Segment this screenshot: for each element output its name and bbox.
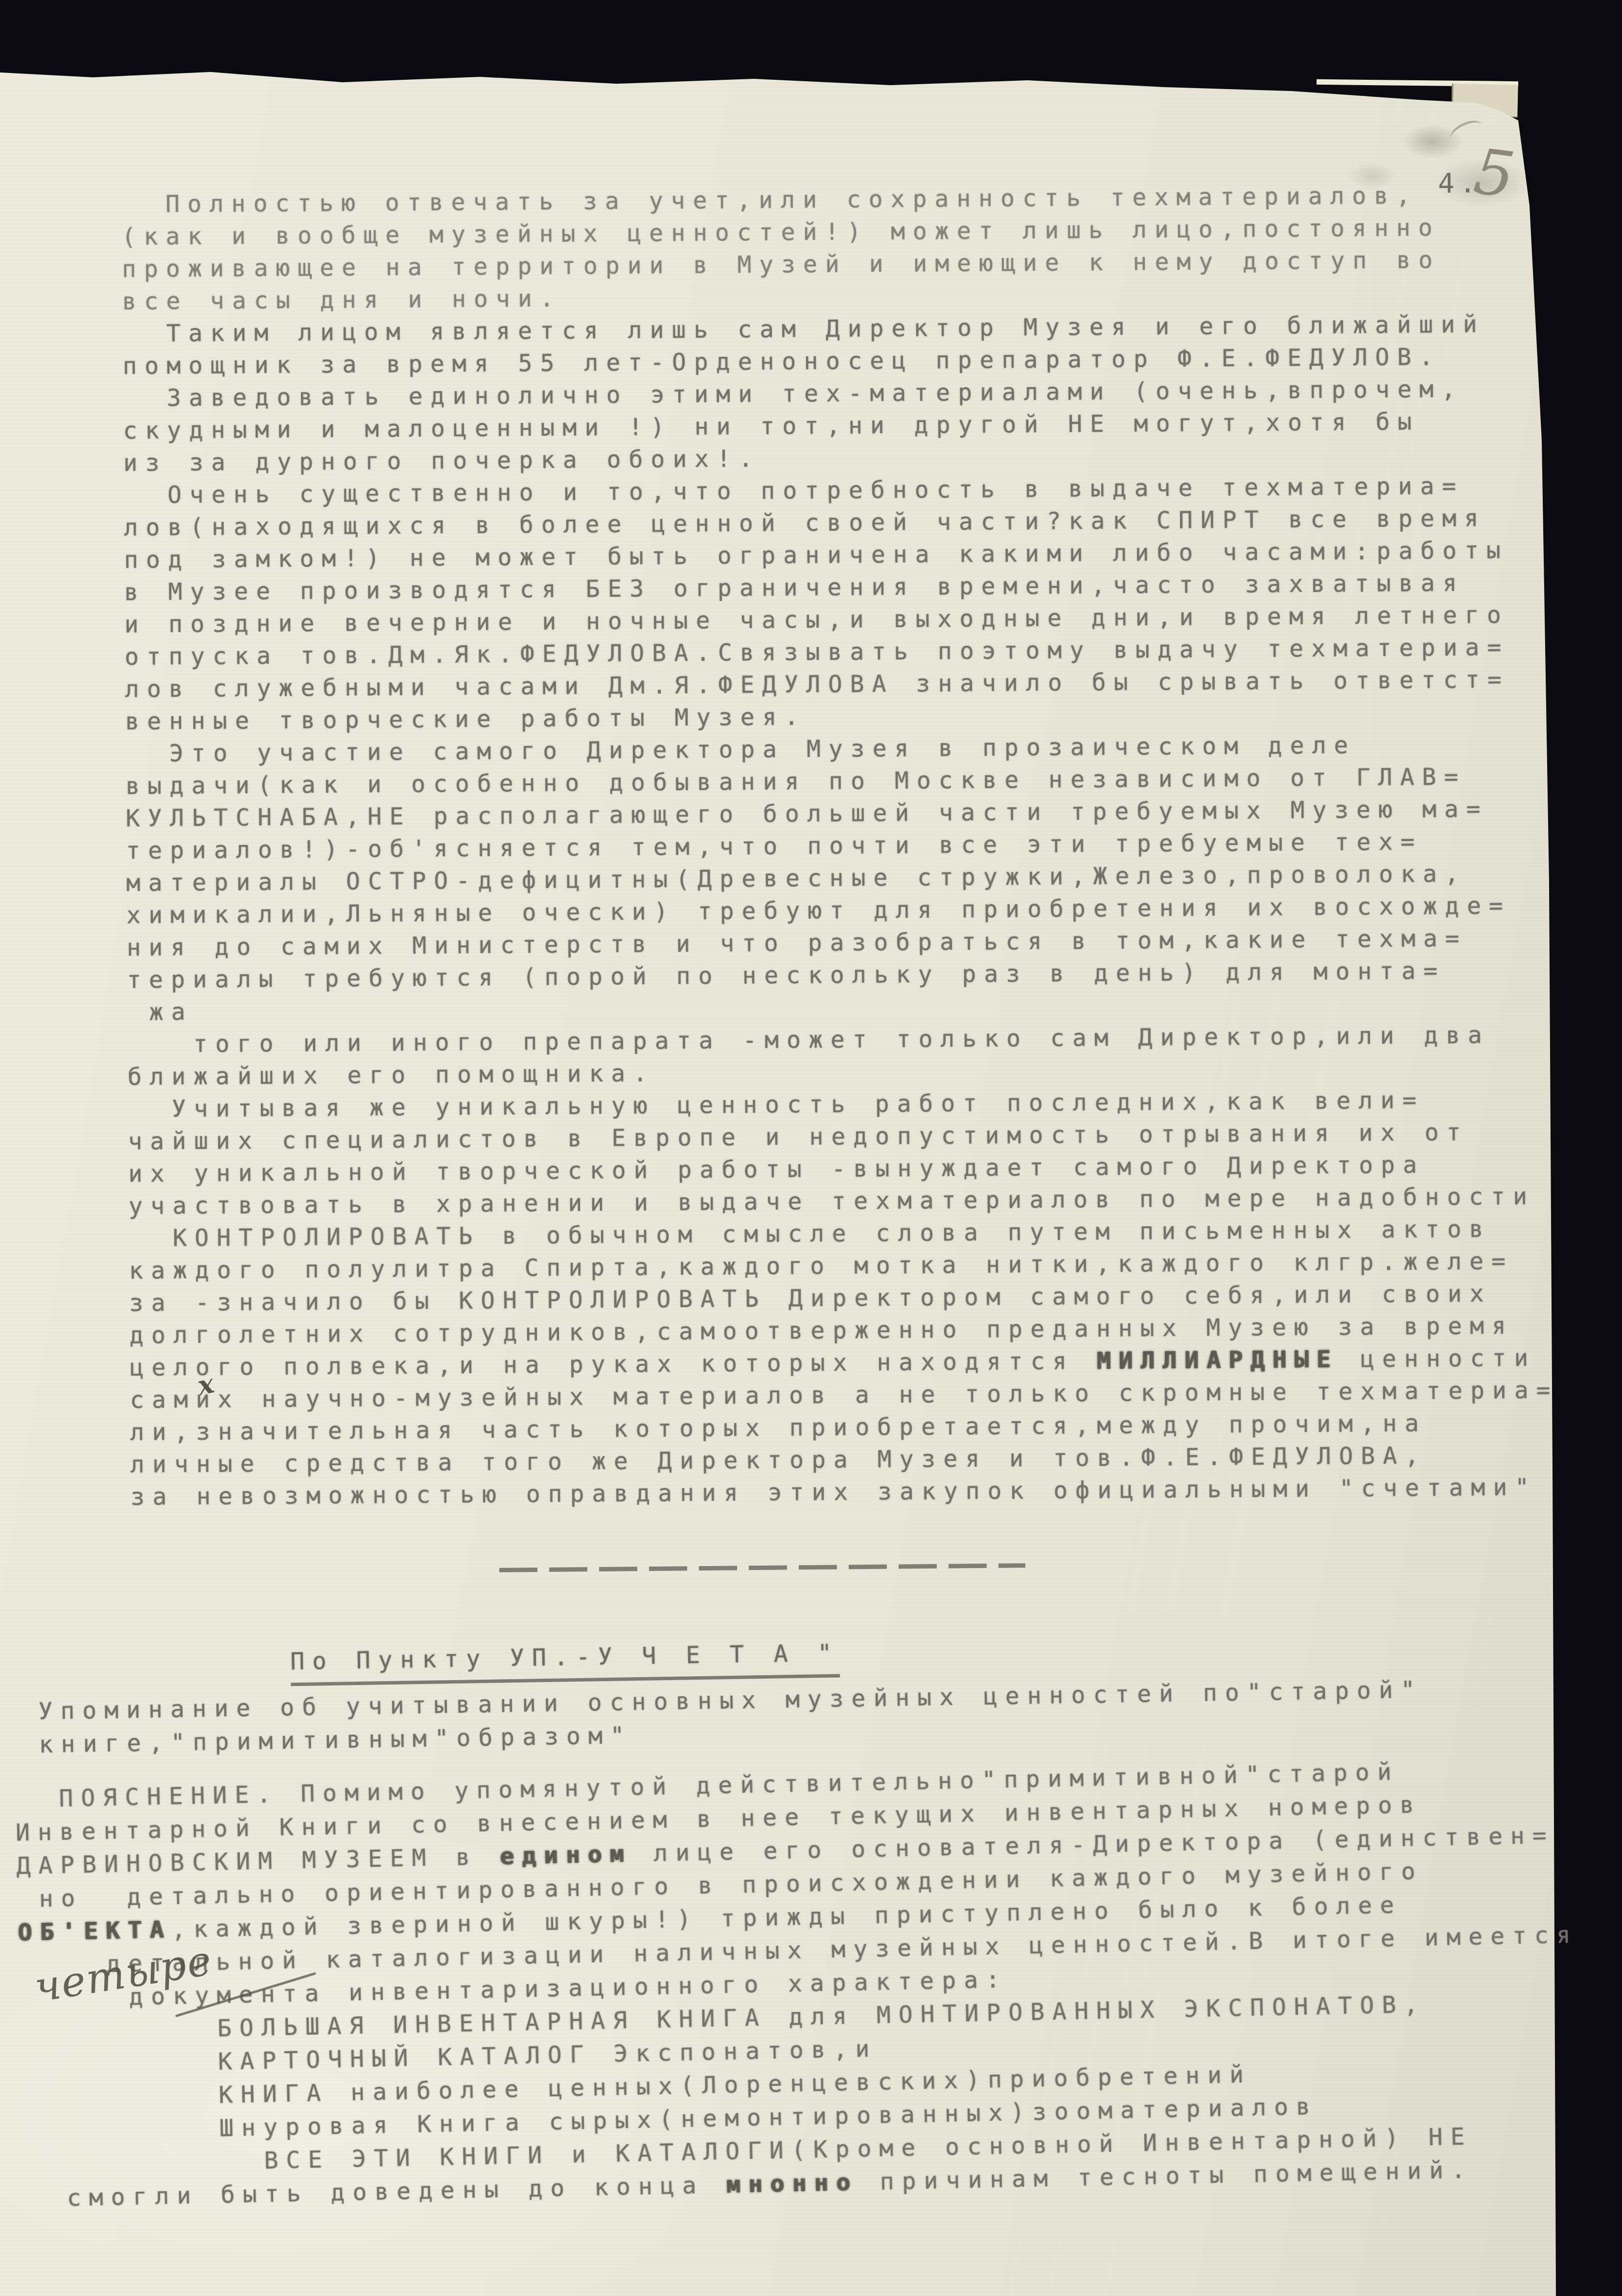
main-typed-text: Полностью отвечать за учет,или сохраннос…	[121, 179, 1559, 1513]
scan-canvas: 4. 5 Полностью отвечать за учет,или сохр…	[0, 0, 1622, 2296]
poyasnenie-paragraph: ПОЯСНЕНИЕ. Помимо упомянутой действитель…	[15, 1752, 1583, 2216]
section-heading-text: По Пункту УП.-У Ч Е Т А "	[290, 1637, 840, 1687]
